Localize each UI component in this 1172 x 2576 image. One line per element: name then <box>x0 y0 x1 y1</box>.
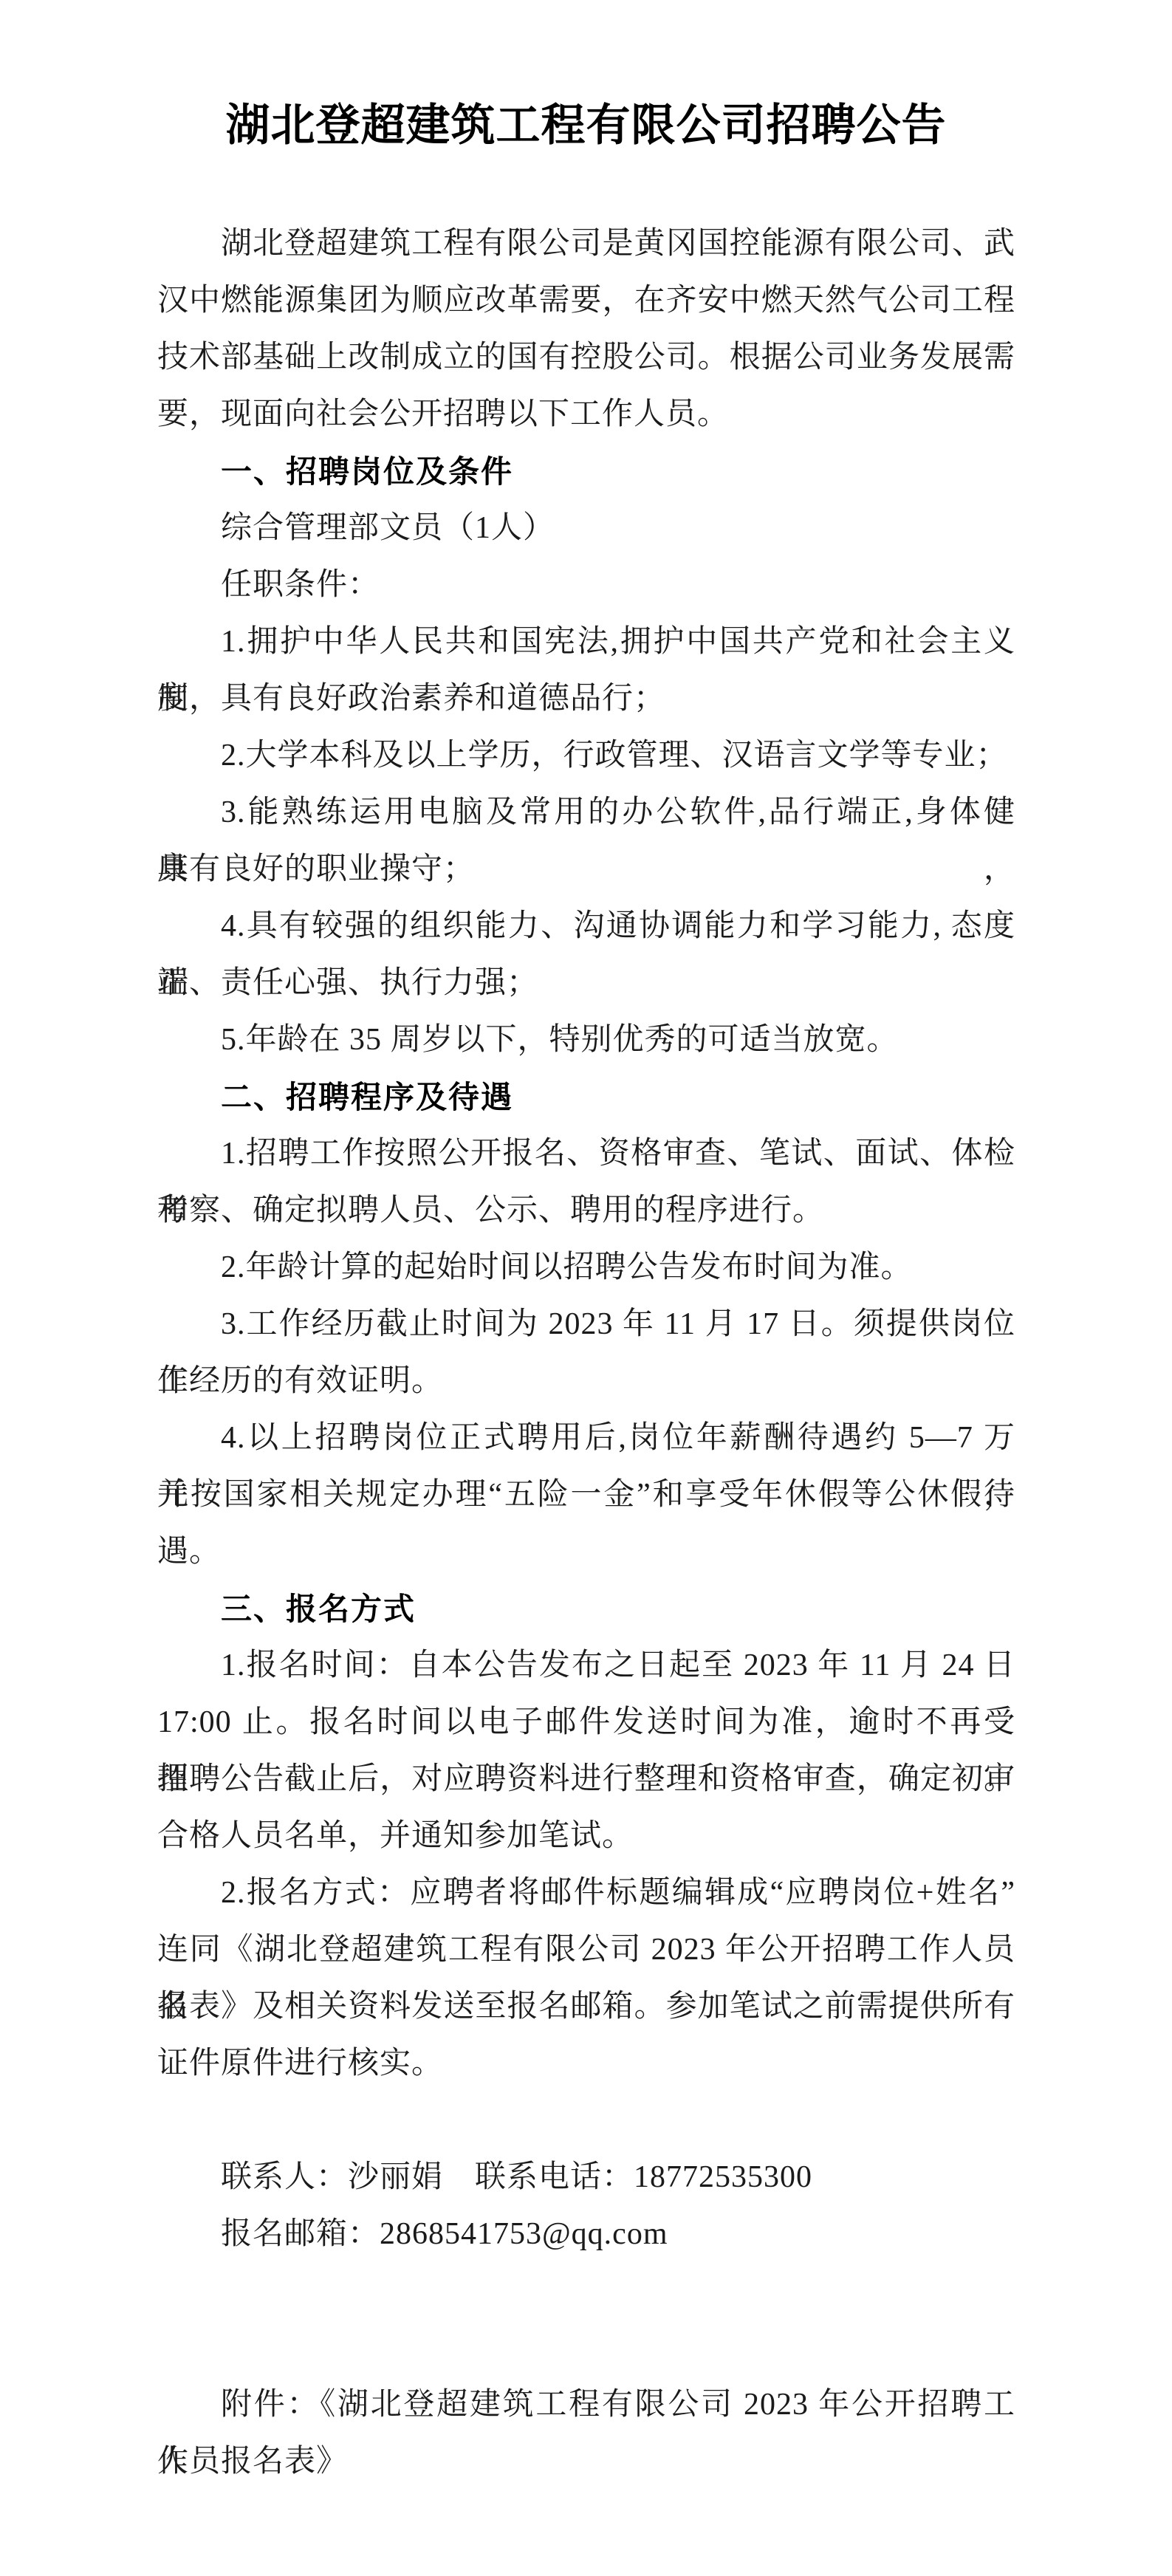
paragraph: 1.拥护中华人民共和国宪法,拥护中国共产党和社会主义制度，具有良好政治素养和道德… <box>157 614 1015 727</box>
paragraph: 3.工作经历截止时间为 2023 年 11 月 17 日。须提供岗位工作经历的有… <box>157 1296 1015 1410</box>
text-line: 4.具有较强的组织能力、沟通协调能力和学习能力, 态度端 <box>157 898 1015 955</box>
paragraph: 任职条件： <box>157 557 1015 614</box>
text-line: 作经历的有效证明。 <box>157 1353 1015 1410</box>
text-line: 1.报名时间：自本公告发布之日起至 2023 年 11 月 24 日 <box>157 1637 1015 1694</box>
text-line: 1.拥护中华人民共和国宪法,拥护中国共产党和社会主义制 <box>157 614 1015 671</box>
text-line: 二、招聘程序及待遇 <box>157 1069 1015 1126</box>
paragraph: 4.以上招聘岗位正式聘用后,岗位年薪酬待遇约 5—7 万元，并按国家相关规定办理… <box>157 1410 1015 1580</box>
paragraph: 湖北登超建筑工程有限公司是黄冈国控能源有限公司、武汉中燃能源集团为顺应改革需要，… <box>157 216 1015 443</box>
text-line: 3.能熟练运用电脑及常用的办公软件,品行端正,身体健康， <box>157 784 1015 841</box>
text-line: 汉中燃能源集团为顺应改革需要，在齐安中燃天然气公司工程 <box>157 273 1015 329</box>
paragraph: 2.报名方式：应聘者将邮件标题编辑成“应聘岗位+姓名”连同《湖北登超建筑工程有限… <box>157 1865 1015 2092</box>
paragraph: 2.大学本科及以上学历，行政管理、汉语言文学等专业； <box>157 727 1015 784</box>
text-line: 报名邮箱：2868541753@qq.com <box>157 2206 1015 2263</box>
spacer-row <box>157 2092 1015 2149</box>
spacer-row <box>157 2263 1015 2320</box>
paragraph: 3.能熟练运用电脑及常用的办公软件,品行端正,身体健康，具有良好的职业操守； <box>157 784 1015 898</box>
text-line: 人员报名表》 <box>157 2433 1015 2490</box>
text-line: 5.年龄在 35 周岁以下，特别优秀的可适当放宽。 <box>157 1012 1015 1069</box>
text-line: 考察、确定拟聘人员、公示、聘用的程序进行。 <box>157 1182 1015 1239</box>
document-title: 湖北登超建筑工程有限公司招聘公告 <box>0 0 1172 152</box>
text-line: 一、招聘岗位及条件 <box>157 443 1015 500</box>
paragraph: 5.年龄在 35 周岁以下，特别优秀的可适当放宽。 <box>157 1012 1015 1069</box>
section-heading: 二、招聘程序及待遇 <box>157 1069 1015 1126</box>
text-line: 17:00 止。报名时间以电子邮件发送时间为准，逾时不再受理。 <box>157 1694 1015 1751</box>
document-page: 湖北登超建筑工程有限公司招聘公告 湖北登超建筑工程有限公司是黄冈国控能源有限公司… <box>0 0 1172 2576</box>
text-line: 合格人员名单，并通知参加笔试。 <box>157 1808 1015 1865</box>
text-line: 并按国家相关规定办理“五险一金”和享受年休假等公休假待 <box>157 1467 1015 1524</box>
paragraph: 附件：《湖北登超建筑工程有限公司 2023 年公开招聘工作人员报名表》 <box>157 2377 1015 2490</box>
text-line: 招聘公告截止后，对应聘资料进行整理和资格审查，确定初审 <box>157 1751 1015 1808</box>
paragraph: 1.招聘工作按照公开报名、资格审查、笔试、面试、体检和考察、确定拟聘人员、公示、… <box>157 1126 1015 1239</box>
text-line: 4.以上招聘岗位正式聘用后,岗位年薪酬待遇约 5—7 万元， <box>157 1410 1015 1467</box>
text-line: 湖北登超建筑工程有限公司是黄冈国控能源有限公司、武 <box>157 216 1015 273</box>
text-line: 2.大学本科及以上学历，行政管理、汉语言文学等专业； <box>157 727 1015 784</box>
paragraph: 报名邮箱：2868541753@qq.com <box>157 2206 1015 2263</box>
text-line: 2.年龄计算的起始时间以招聘公告发布时间为准。 <box>157 1239 1015 1296</box>
text-line: 联系人：沙丽娟 联系电话：18772535300 <box>157 2149 1015 2206</box>
text-line: 综合管理部文员（1人） <box>157 500 1015 557</box>
text-line: 连同《湖北登超建筑工程有限公司 2023 年公开招聘工作人员报 <box>157 1922 1015 1979</box>
text-line: 名表》及相关资料发送至报名邮箱。参加笔试之前需提供所有 <box>157 1979 1015 2035</box>
text-line: 任职条件： <box>157 557 1015 614</box>
text-line: 1.招聘工作按照公开报名、资格审查、笔试、面试、体检和 <box>157 1126 1015 1182</box>
text-line: 2.报名方式：应聘者将邮件标题编辑成“应聘岗位+姓名” <box>157 1865 1015 1922</box>
paragraph: 1.报名时间：自本公告发布之日起至 2023 年 11 月 24 日17:00 … <box>157 1637 1015 1865</box>
paragraph: 联系人：沙丽娟 联系电话：18772535300 <box>157 2149 1015 2206</box>
paragraph: 综合管理部文员（1人） <box>157 500 1015 557</box>
text-line: 三、报名方式 <box>157 1580 1015 1637</box>
section-heading: 三、报名方式 <box>157 1580 1015 1637</box>
text-line: 度，具有良好政治素养和道德品行； <box>157 671 1015 727</box>
paragraph: 2.年龄计算的起始时间以招聘公告发布时间为准。 <box>157 1239 1015 1296</box>
text-line: 要，现面向社会公开招聘以下工作人员。 <box>157 386 1015 443</box>
document-body: 湖北登超建筑工程有限公司是黄冈国控能源有限公司、武汉中燃能源集团为顺应改革需要，… <box>157 216 1015 2490</box>
text-line: 技术部基础上改制成立的国有控股公司。根据公司业务发展需 <box>157 329 1015 386</box>
text-line: 3.工作经历截止时间为 2023 年 11 月 17 日。须提供岗位工 <box>157 1296 1015 1353</box>
spacer-row <box>157 2320 1015 2377</box>
text-line: 正、责任心强、执行力强； <box>157 955 1015 1012</box>
text-line: 附件：《湖北登超建筑工程有限公司 2023 年公开招聘工作 <box>157 2377 1015 2433</box>
text-line: 证件原件进行核实。 <box>157 2035 1015 2092</box>
text-line: 遇。 <box>157 1524 1015 1580</box>
section-heading: 一、招聘岗位及条件 <box>157 443 1015 500</box>
paragraph: 4.具有较强的组织能力、沟通协调能力和学习能力, 态度端正、责任心强、执行力强； <box>157 898 1015 1012</box>
